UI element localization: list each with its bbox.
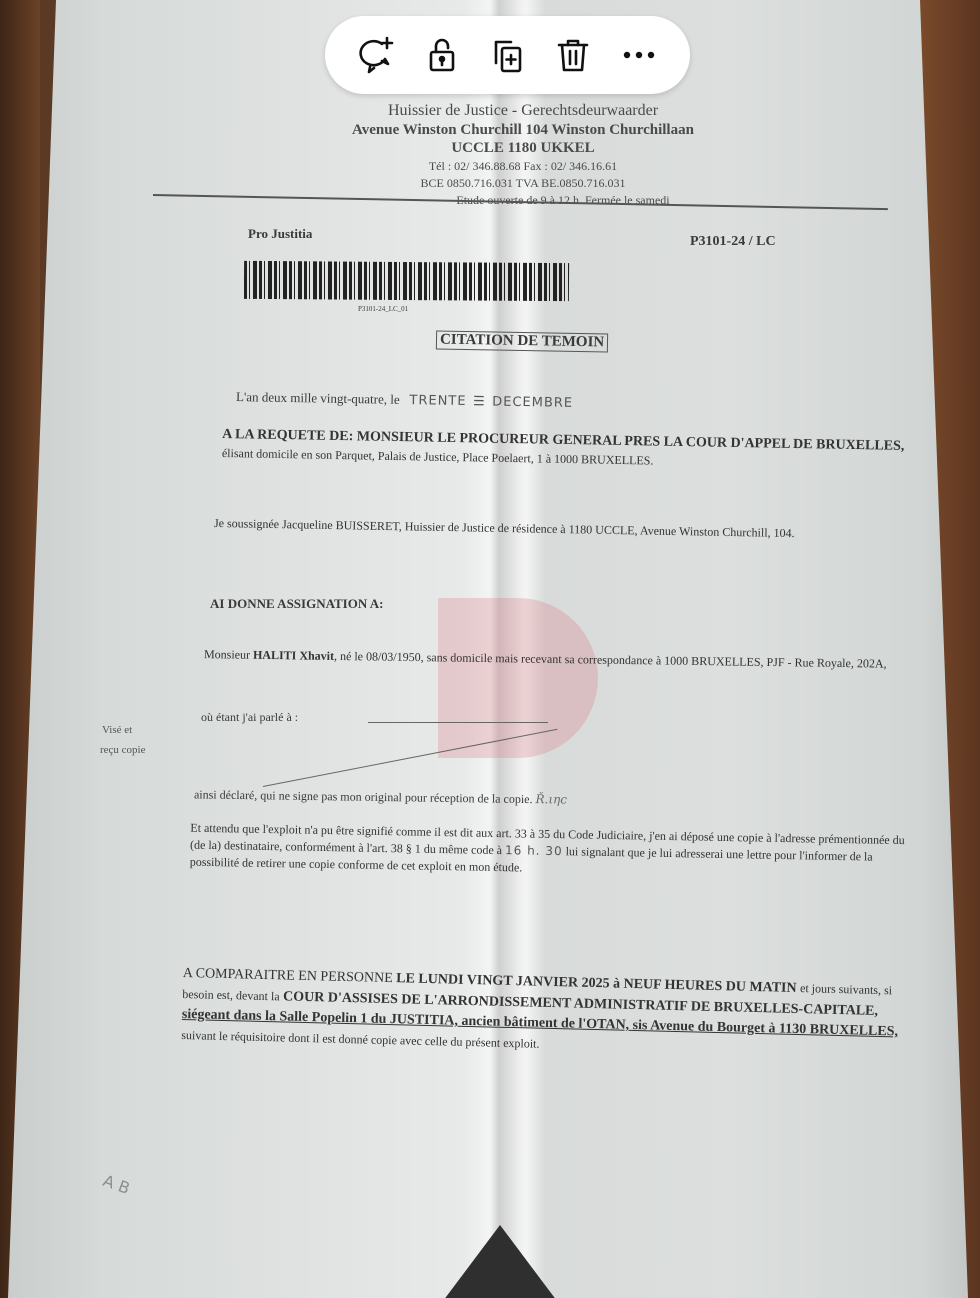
reference-number: P3101-24 / LC [690, 234, 776, 250]
document-title: CITATION DE TEMOIN [436, 330, 609, 352]
barcode-number: P3101-24_LC_01 [358, 305, 408, 313]
trash-icon [553, 35, 593, 75]
letterhead-vat: BCE 0850.716.031 TVA BE.0850.716.031 [308, 176, 738, 191]
letterhead-phone: Tél : 02/ 346.88.68 Fax : 02/ 346.16.61 [308, 159, 738, 174]
requete-paragraph: A LA REQUETE DE: MONSIEUR LE PROCUREUR G… [222, 426, 913, 475]
letterhead-title: Huissier de Justice - Gerechtsdeurwaarde… [308, 102, 738, 120]
document-page: Huissier de Justice - Gerechtsdeurwaarde… [8, 0, 968, 1298]
more-icon [619, 35, 659, 75]
delete-button[interactable] [549, 31, 597, 79]
parle-a-label: où étant j'ai parlé à : [201, 710, 298, 725]
handwritten-separator: ☰ [473, 394, 486, 409]
more-options-button[interactable] [615, 31, 663, 79]
margin-note-line2: reçu copie [100, 744, 146, 756]
duplicate-icon [487, 35, 527, 75]
handwritten-time: 16 h. 30 [505, 843, 563, 858]
requete-label: A LA REQUETE DE: [222, 427, 353, 444]
letterhead-address: Avenue Winston Churchill 104 Winston Chu… [308, 122, 738, 139]
watermark-logo [438, 598, 598, 758]
attendu-paragraph: Et attendu que l'exploit n'a pu être sig… [190, 820, 916, 884]
handwritten-day: TRENTE [409, 393, 466, 409]
floating-toolbar [325, 16, 690, 94]
barcode [244, 261, 569, 301]
comparaitre-part1: A COMPARAITRE EN PERSONNE [183, 966, 393, 986]
handwritten-month: DECEMBRE [492, 395, 573, 411]
unlock-icon [422, 35, 462, 75]
unlock-button[interactable] [418, 31, 466, 79]
recipient-prefix: Monsieur [204, 647, 250, 662]
comparaitre-date: LE LUNDI VINGT JANVIER 2025 à NEUF HEURE… [396, 971, 797, 996]
handwritten-signature: Ř.ιηc [535, 792, 567, 806]
soussigne-paragraph: Je soussignée Jacqueline BUISSERET, Huis… [214, 514, 904, 544]
letterhead-city: UCCLE 1180 UKKEL [308, 140, 738, 157]
date-prefix: L'an deux mille vingt-quatre, le [236, 389, 400, 407]
recipient-name: HALITI Xhavit [253, 648, 334, 663]
pro-justitia-label: Pro Justitia [248, 226, 312, 242]
requete-address: élisant domicile en son Parquet, Palais … [222, 446, 654, 468]
recipient-details: , né le 08/03/1950, sans domicile mais r… [334, 649, 887, 671]
margin-note-line1: Visé et [102, 724, 132, 736]
comparaitre-part6: suivant le réquisitoire dont il est donn… [181, 1028, 539, 1051]
assignation-label: AI DONNE ASSIGNATION A: [210, 596, 384, 612]
pencil-marks: A B [101, 1171, 133, 1198]
comparaitre-paragraph: A COMPARAITRE EN PERSONNE LE LUNDI VINGT… [181, 963, 923, 1064]
duplicate-button[interactable] [483, 31, 531, 79]
add-comment-icon [356, 35, 396, 75]
add-comment-button[interactable] [352, 31, 400, 79]
handwritten-line [368, 722, 548, 723]
